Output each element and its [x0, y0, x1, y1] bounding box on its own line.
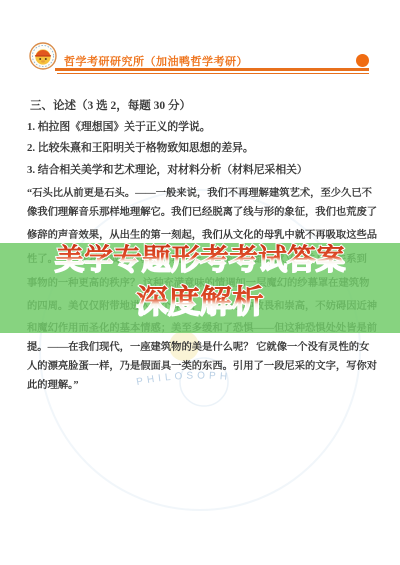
- exam-item: 2. 比较朱熹和王阳明关于格物致知思想的差异。: [27, 140, 254, 155]
- paragraph-line: 修辞的声音效果，从出生的第一刻起，我们从文化的母乳中就不再吸取这些品: [27, 226, 377, 241]
- paragraph-line: 人的漂亮脸蛋一样，乃是假面具一类的东西。引用了一段尼采的文字，写你对: [27, 357, 377, 372]
- page: PHILOSOPH 哲学考研研究所（加油鸭哲学考研） 三、论述（3 选 2，每题…: [0, 0, 400, 565]
- duck-mascot-logo-icon: [29, 42, 57, 70]
- paragraph-line: 像我们理解音乐那样地理解它。我们已经脱离了线与形的象征，我们也荒废了: [27, 203, 377, 218]
- highlight-band: [0, 243, 400, 333]
- exam-item: 3. 结合相关美学和艺术理论，对材料分析（材料尼采相关）: [27, 162, 308, 177]
- exam-item: 1. 柏拉图《理想国》关于正义的学说。: [27, 119, 211, 134]
- section-heading: 三、论述（3 选 2，每题 30 分）: [30, 97, 191, 113]
- paragraph-line: 提。——在我们现代，一座建筑物的美是什么呢？ 它就像一个没有灵性的女: [27, 338, 369, 353]
- paragraph-line: “石头比从前更是石头。——一般来说，我们不再理解建筑艺术，至少久已不: [27, 184, 372, 199]
- paragraph-line: 此的理解。”: [27, 376, 78, 391]
